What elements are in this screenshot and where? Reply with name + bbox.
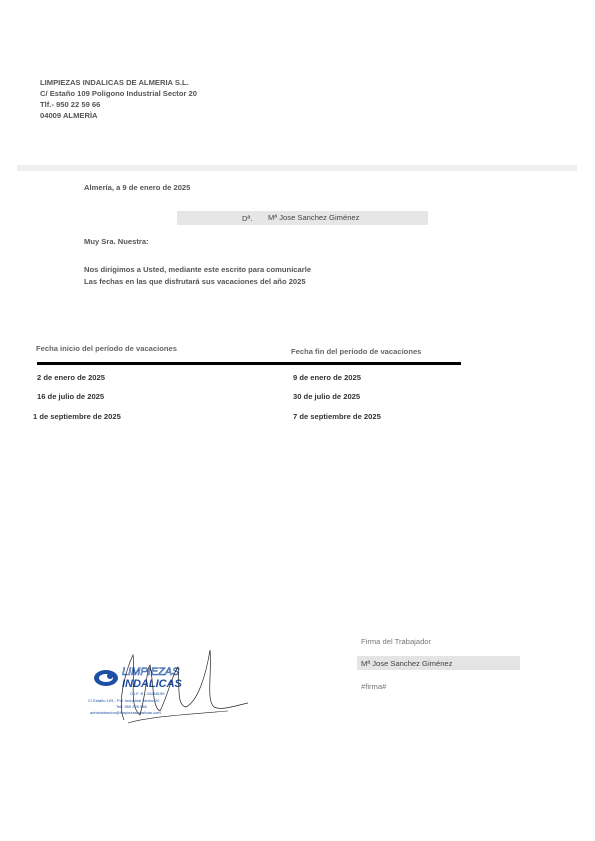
table-cell-end: 30 de julio de 2025 [293, 392, 360, 401]
letter-date: Almería, a 9 de enero de 2025 [84, 183, 190, 192]
table-cell-end: 9 de enero de 2025 [293, 373, 361, 382]
company-name: LIMPIEZAS INDALICAS DE ALMERIA S.L. [40, 77, 197, 88]
header-end-date: Fecha fin del período de vacaciones [291, 347, 421, 356]
salutation: Muy Sra. Nuestra: [84, 237, 149, 246]
svg-text:C/ Estaño 109 - Pol. Industria: C/ Estaño 109 - Pol. Industrial Sector 2… [88, 698, 160, 703]
signature-label: Firma del Trabajador [361, 637, 431, 646]
header-divider [17, 165, 577, 171]
letter-body: Nos dirigimos a Usted, mediante este esc… [84, 264, 311, 288]
company-header: LIMPIEZAS INDALICAS DE ALMERIA S.L. C/ E… [40, 77, 197, 121]
company-phone: Tlf.- 950 22 59 66 [40, 99, 197, 110]
table-cell-start: 2 de enero de 2025 [37, 373, 105, 382]
signature-placeholder: #firma# [361, 682, 386, 691]
table-header-rule [37, 362, 461, 365]
recipient-name: Mª Jose Sanchez Giménez [264, 211, 428, 225]
table-cell-start: 1 de septiembre de 2025 [33, 412, 121, 421]
company-city: 04009 ALMERÌA [40, 110, 197, 121]
svg-text:C.I.F. B - 04248159: C.I.F. B - 04248159 [130, 691, 165, 696]
stamp-logo-icon: LIMPIEZAS INDALICAS C.I.F. B - 04248159 … [88, 645, 248, 730]
table-cell-start: 16 de julio de 2025 [37, 392, 104, 401]
recipient-title: Dª. [242, 214, 252, 223]
signature-name: Mª Jose Sanchez Giménez [361, 659, 452, 668]
header-start-date: Fecha inicio del período de vacaciones [36, 344, 177, 353]
svg-text:administracion@limpiezasindali: administracion@limpiezasindalicas.com [90, 710, 161, 715]
body-line-2: Las fechas en las que disfrutará sus vac… [84, 276, 311, 288]
body-line-1: Nos dirigimos a Usted, mediante este esc… [84, 264, 311, 276]
company-stamp: LIMPIEZAS INDALICAS C.I.F. B - 04248159 … [88, 645, 248, 730]
company-address: C/ Estaño 109 Poligono Industrial Sector… [40, 88, 197, 99]
table-cell-end: 7 de septiembre de 2025 [293, 412, 381, 421]
